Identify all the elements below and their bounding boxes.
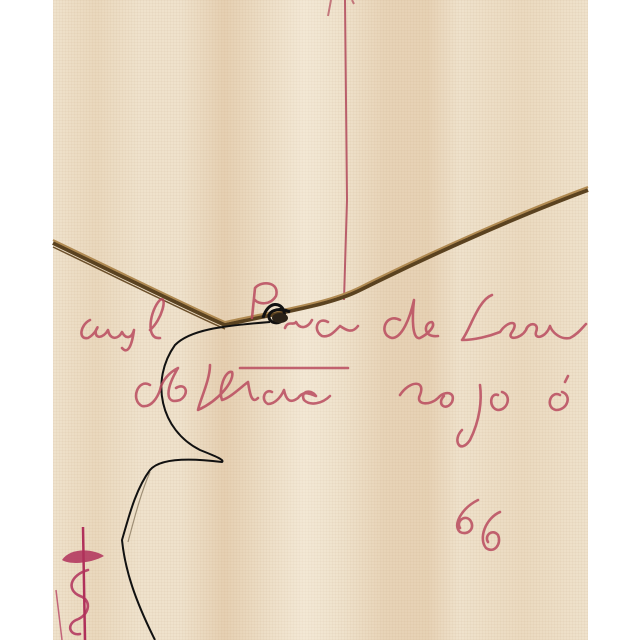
red-monogram: [56, 527, 104, 640]
vertical-red-line: [328, 0, 354, 300]
hanging-wire: [53, 187, 588, 329]
inscription-year: [457, 500, 500, 550]
inscription-line-2: [136, 365, 568, 446]
artwork-overlay: [0, 0, 640, 640]
black-thread: [122, 322, 270, 640]
